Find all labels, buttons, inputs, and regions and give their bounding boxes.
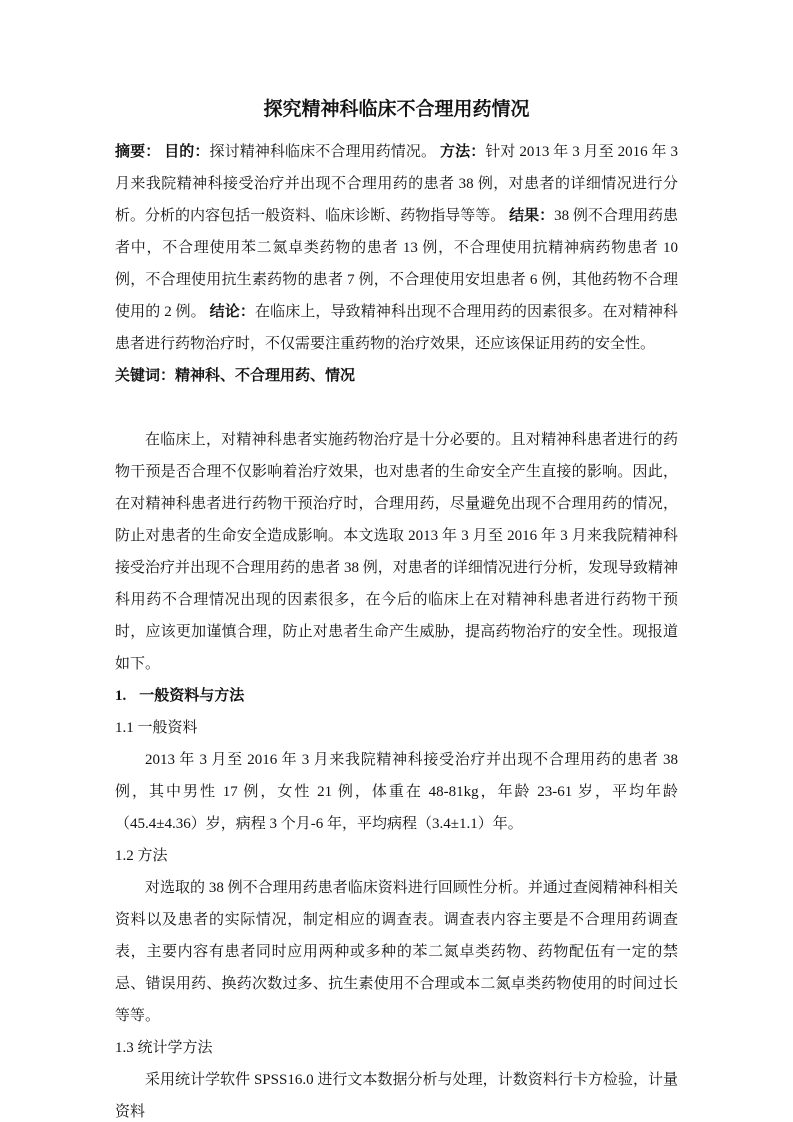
subsection-1-1-heading: 1.1 一般资料 <box>115 712 678 744</box>
abstract-paragraph: 摘要： 目的：探讨精神科临床不合理用药情况。 方法：针对 2013 年 3 月至… <box>115 136 678 360</box>
keywords-line: 关键词：精神科、不合理用药、情况 <box>115 360 678 392</box>
abstract-results-label: 结果： <box>505 208 554 224</box>
section-1-heading: 1.一般资料与方法 <box>115 680 678 712</box>
abstract-objective-text: 探讨精神科临床不合理用药情况。 <box>210 144 437 160</box>
section-1-heading-text: 一般资料与方法 <box>139 688 244 704</box>
keywords-value: 精神科、不合理用药、情况 <box>175 368 355 384</box>
abstract-label: 摘要： <box>115 144 164 160</box>
document-title: 探究精神科临床不合理用药情况 <box>115 96 678 124</box>
keywords-label: 关键词： <box>115 368 175 384</box>
subsection-1-3-paragraph: 采用统计学软件 SPSS16.0 进行文本数据分析与处理，计数资料行卡方检验，计… <box>115 1064 678 1122</box>
subsection-1-1-paragraph: 2013 年 3 月至 2016 年 3 月来我院精神科接受治疗并出现不合理用药… <box>115 744 678 840</box>
subsection-1-3-heading: 1.3 统计学方法 <box>115 1032 678 1064</box>
abstract-objective-label: 目的： <box>164 144 209 160</box>
subsection-1-2-paragraph: 对选取的 38 例不合理用药患者临床资料进行回顾性分析。并通过查阅精神科相关资料… <box>115 872 678 1032</box>
intro-paragraph: 在临床上，对精神科患者实施药物治疗是十分必要的。且对精神科患者进行的药物干预是否… <box>115 424 678 680</box>
abstract-methods-label: 方法： <box>436 144 485 160</box>
document-content: 探究精神科临床不合理用药情况 摘要： 目的：探讨精神科临床不合理用药情况。 方法… <box>115 96 678 1122</box>
document-page: 探究精神科临床不合理用药情况 摘要： 目的：探讨精神科临床不合理用药情况。 方法… <box>0 0 793 1122</box>
abstract-conclusion-label: 结论： <box>206 304 255 320</box>
section-1-number: 1. <box>115 688 126 704</box>
subsection-1-2-heading: 1.2 方法 <box>115 840 678 872</box>
